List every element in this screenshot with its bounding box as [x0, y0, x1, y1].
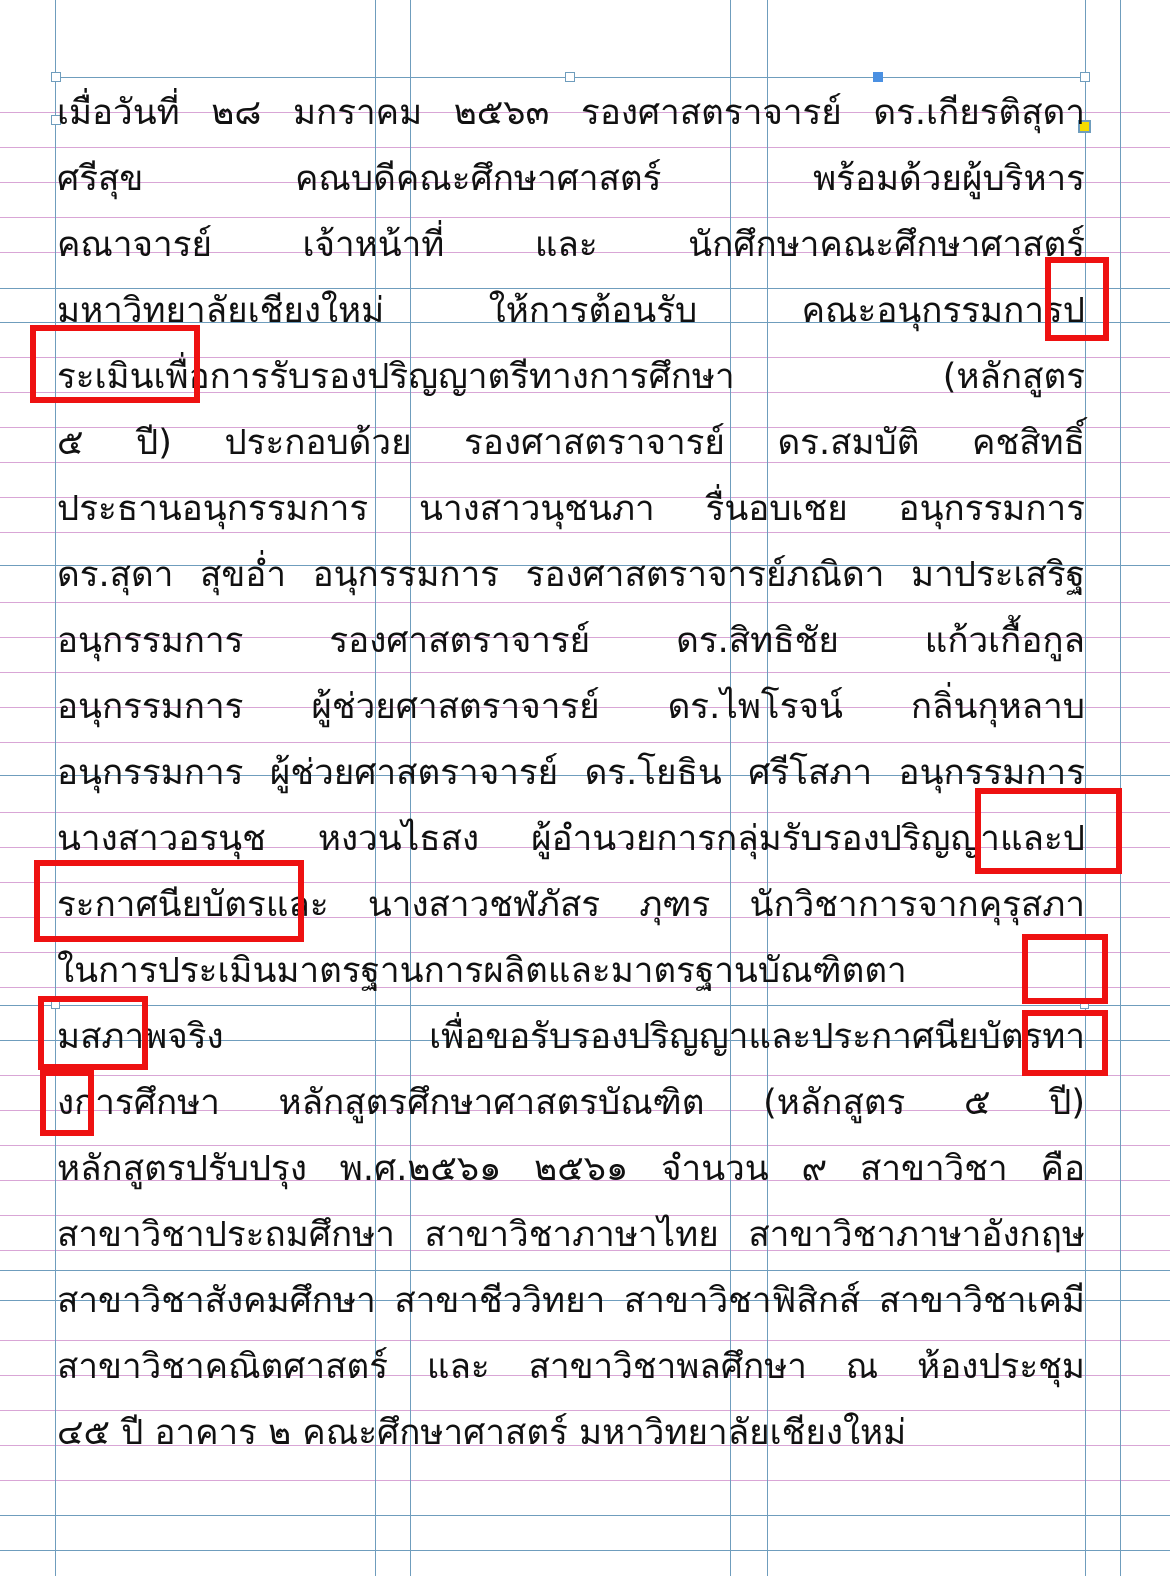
text-line: ในการประเมินมาตรฐานการผลิตและมาตรฐานบัณฑ…: [57, 938, 1085, 1004]
text-line: คณาจารย์ เจ้าหน้าที่ และ นักศึกษาคณะศึกษ…: [57, 212, 1085, 278]
row-guide: [0, 1550, 1170, 1551]
text-line: ประธานอนุกรรมการ นางสาวนุชนภา รื่นอบเชย …: [57, 476, 1085, 542]
highlight-box-word-break: [40, 1070, 94, 1136]
text-line: งการศึกษา หลักสูตรศึกษาศาสตรบัณฑิต (หลัก…: [57, 1070, 1085, 1136]
text-line: สาขาวิชาคณิตศาสตร์ และ สาขาวิชาพลศึกษา ณ…: [57, 1334, 1085, 1400]
baseline-guide: [0, 1480, 1170, 1481]
text-line: สาขาวิชาสังคมศึกษา สาขาชีววิทยา สาขาวิชา…: [57, 1268, 1085, 1334]
highlight-box-word-break: [1045, 257, 1109, 341]
text-line: ดร.สุดา สุขอ่ำ อนุกรรมการ รองศาสตราจารย์…: [57, 542, 1085, 608]
text-line: ๔๕ ปี อาคาร ๒ คณะศึกษาศาสตร์ มหาวิทยาลัย…: [57, 1400, 1085, 1466]
highlight-box-word-break: [975, 788, 1122, 874]
text-line: มสภาพจริง เพื่อขอรับรองปริญญาและประกาศนี…: [57, 1004, 1085, 1070]
highlight-box-word-break: [1022, 1010, 1108, 1076]
column-guide: [55, 0, 56, 1576]
text-line: เมื่อวันที่ ๒๘ มกราคม ๒๕๖๓ รองศาสตราจารย…: [57, 80, 1085, 146]
text-line: ศรีสุข คณบดีคณะศึกษาศาสตร์ พร้อมด้วยผู้บ…: [57, 146, 1085, 212]
highlight-box-word-break: [30, 325, 200, 403]
text-line: ระเมินเพื่อการรับรองปริญญาตรีทางการศึกษา…: [57, 344, 1085, 410]
text-line: หลักสูตรปรับปรุง พ.ศ.๒๕๖๑ ๒๕๖๑ จำนวน ๙ ส…: [57, 1136, 1085, 1202]
text-line: สาขาวิชาประถมศึกษา สาขาวิชาภาษาไทย สาขาว…: [57, 1202, 1085, 1268]
highlight-box-word-break: [38, 996, 148, 1070]
text-line: อนุกรรมการ รองศาสตราจารย์ ดร.สิทธิชัย แก…: [57, 608, 1085, 674]
text-line: มหาวิทยาลัยเชียงใหม่ ให้การต้อนรับ คณะอน…: [57, 278, 1085, 344]
highlight-box-word-break: [34, 860, 304, 942]
row-guide: [0, 1515, 1170, 1516]
text-frame[interactable]: เมื่อวันที่ ๒๘ มกราคม ๒๕๖๓ รองศาสตราจารย…: [57, 80, 1085, 1466]
text-line: อนุกรรมการ ผู้ช่วยศาสตราจารย์ ดร.ไพโรจน์…: [57, 674, 1085, 740]
highlight-box-word-break: [1022, 934, 1108, 1004]
text-line: อนุกรรมการ ผู้ช่วยศาสตราจารย์ ดร.โยธิน ศ…: [57, 740, 1085, 806]
text-line: ๕ ปี) ประกอบด้วย รองศาสตราจารย์ ดร.สมบัต…: [57, 410, 1085, 476]
